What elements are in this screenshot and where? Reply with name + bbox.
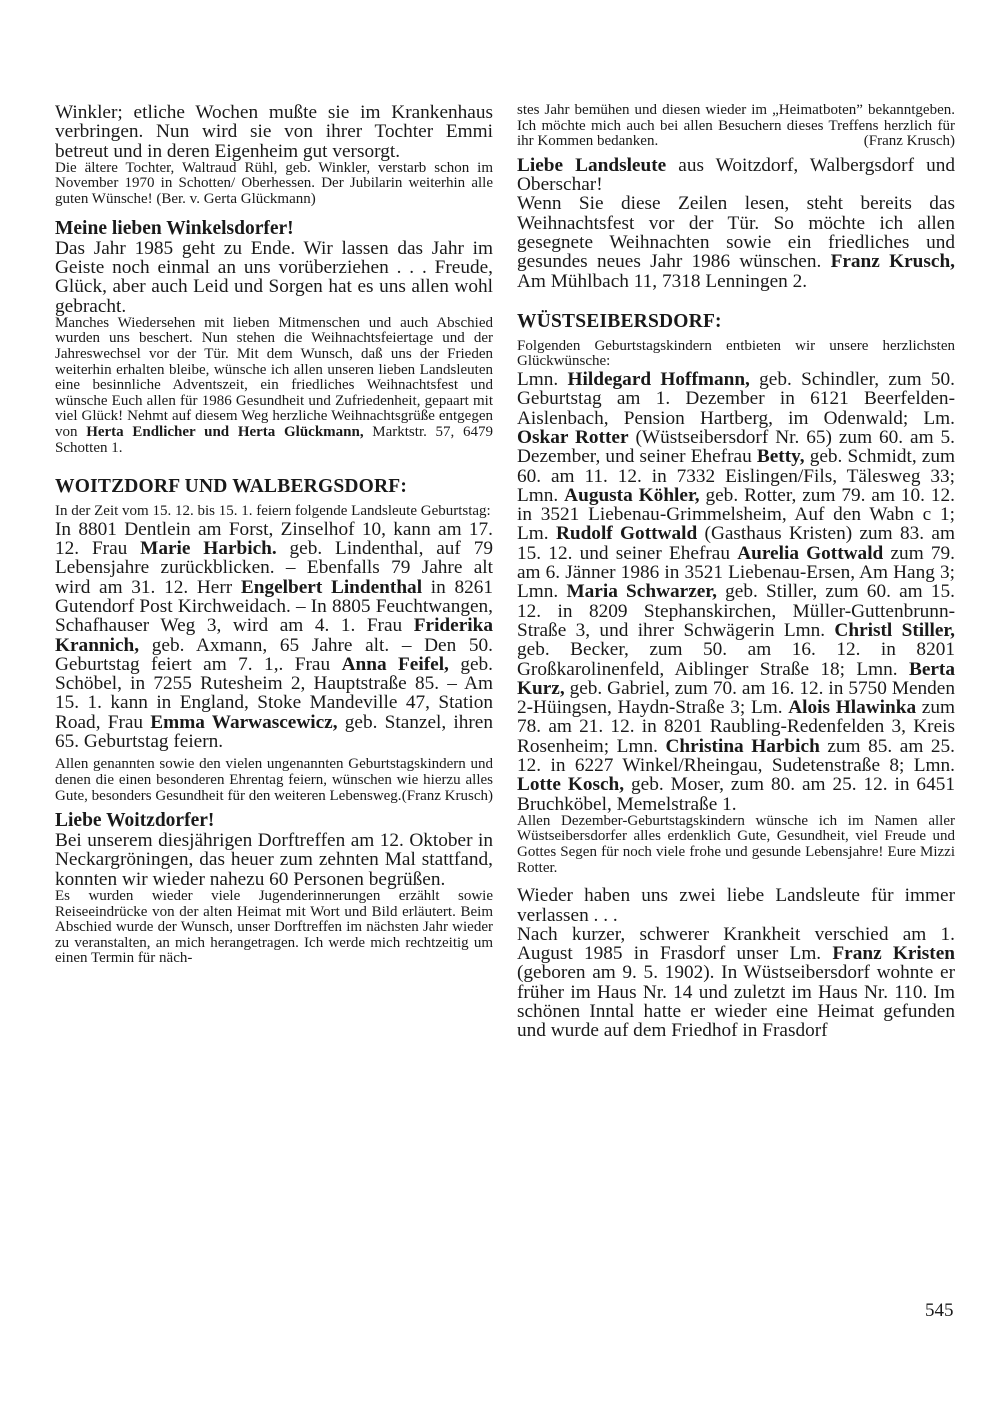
paragraph-birthdays: In 8801 Dentlein am Forst, Zinselhof 10,… [55,520,493,752]
section-liebe-landsleute: Liebe Landsleute aus Woitzdorf, Walbergs… [517,156,955,291]
author-names: Herta Endlicher und Herta Glückmann, [86,424,363,440]
section-heading: Liebe Woitzdorfer! [55,810,493,831]
section-heading: Meine lieben Winkelsdorfer! [55,218,493,239]
paragraph-closing: Allen Dezember-Geburtstagskindern wünsch… [517,814,955,876]
page-number: 545 [925,1300,954,1322]
section-heading: WÜSTSEIBERSDORF: [517,311,955,333]
section-winkelsdorf: Meine lieben Winkelsdorfer! Das Jahr 198… [55,218,493,457]
paragraph-winkler: Winkler; etliche Wochen mußte sie im Kra… [55,103,493,161]
paragraph-obituary: Nach kurzer, schwerer Krankheit verschie… [517,925,955,1041]
section-wuestseibersdorf: WÜSTSEIBERSDORF: Folgenden Geburtstagski… [517,311,955,876]
paragraph-older-daughter: Die ältere Tochter, Waltraud Rühl, geb. … [55,161,493,208]
section-woitzdorf-walbergsdorf: WOITZDORF UND WALBERGSDORF: In der Zeit … [55,476,493,804]
paragraph-greetings: Manches Wiedersehen mit lieben Mitmensch… [55,316,493,456]
section-heading: Liebe Landsleute aus Woitzdorf, Walbergs… [517,156,955,195]
right-column: stes Jahr bemühen und diesen wieder im „… [517,103,955,1041]
section-liebe-woitzdorfer: Liebe Woitzdorfer! Bei unserem diesjähri… [55,810,493,967]
paragraph-year-end: Das Jahr 1985 geht zu Ende. Wir lassen d… [55,239,493,316]
paragraph-christmas-wishes: Wenn Sie diese Zeilen lesen, steht berei… [517,194,955,290]
paragraph-memories: Es wurden wieder viele Jugenderinnerunge… [55,889,493,967]
section-heading: WOITZDORF UND WALBERGSDORF: [55,476,493,498]
section-obituary: Wieder haben uns zwei liebe Landsleute f… [517,886,955,1040]
paragraph-intro: Folgenden Geburtstagskindern entbieten w… [517,339,955,370]
paragraph-birthday-list: Lmn. Hildegard Hoffmann, geb. Schindler,… [517,370,955,814]
paragraph-intro: In der Zeit vom 15. 12. bis 15. 1. feier… [55,504,493,520]
paragraph-dorftreffen: Bei unserem diesjährigen Dorftreffen am … [55,831,493,889]
paragraph-obituary-intro: Wieder haben uns zwei liebe Landsleute f… [517,886,955,925]
left-column: Winkler; etliche Wochen mußte sie im Kra… [55,103,493,967]
